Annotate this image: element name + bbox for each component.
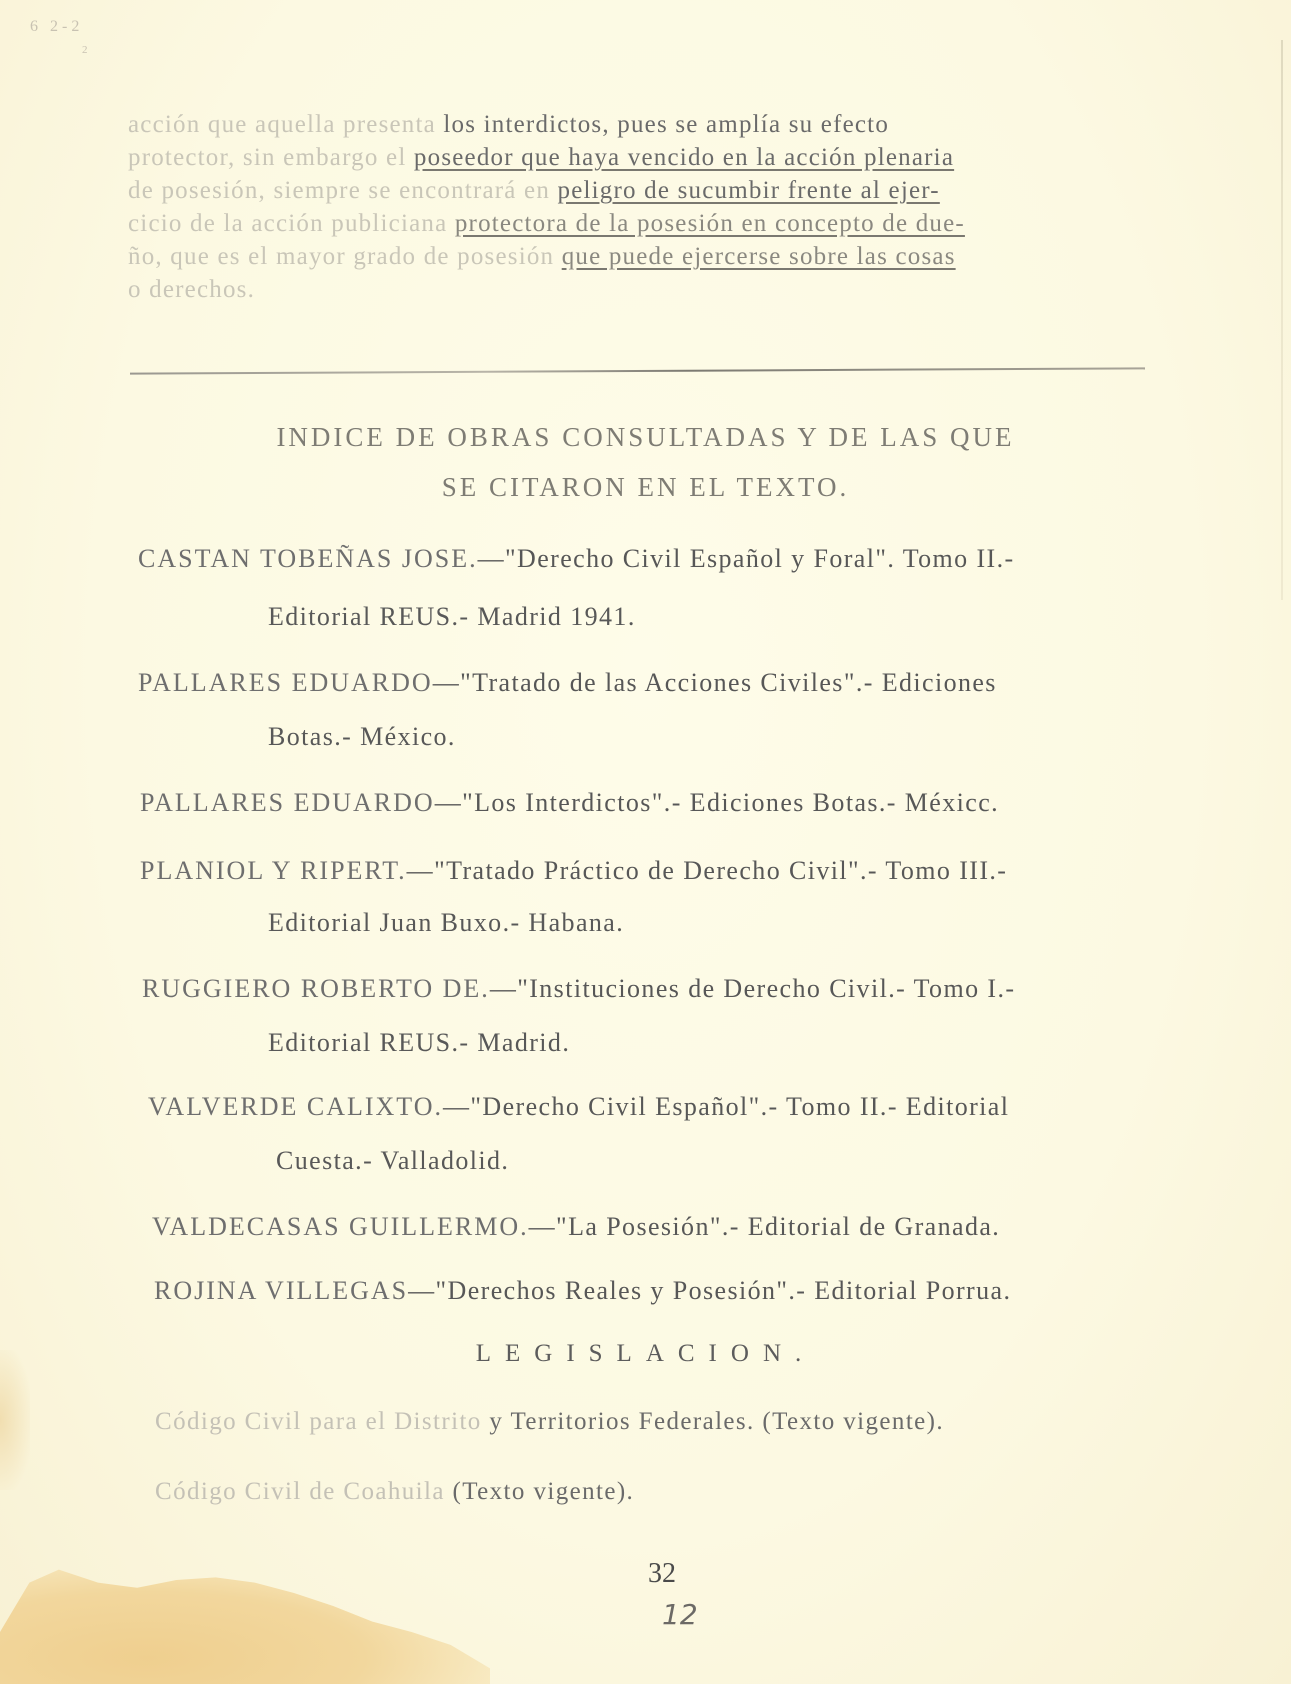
faded-text: protector, sin embargo el <box>128 144 414 171</box>
bibliography-entry-continuation: Botas.- México. <box>268 722 456 752</box>
document-page: 6 2-2 2 acción que aquella presenta los … <box>0 0 1291 1684</box>
legislation-heading: LEGISLACION. <box>0 1340 1291 1368</box>
bibliography-entry: PALLARES EDUARDO—"Los Interdictos".- Edi… <box>140 788 999 818</box>
paragraph-line-1: acción que aquella presenta los interdic… <box>128 108 1148 141</box>
bibliography-entry: PLANIOL Y RIPERT.—"Tratado Práctico de D… <box>140 856 1007 886</box>
entry-author: VALVERDE CALIXTO. <box>148 1092 443 1121</box>
line-text: los interdictos, pues se amplía su efect… <box>436 111 889 138</box>
entry-work: —"La Posesión".- Editorial de Granada. <box>529 1212 1001 1241</box>
paragraph-line-5: ño, que es el mayor grado de posesión qu… <box>128 240 1148 273</box>
bibliography-entry: ROJINA VILLEGAS—"Derechos Reales y Poses… <box>154 1276 1011 1306</box>
line-text: que puede ejercerse sobre las cosas <box>562 243 956 270</box>
entry-author: RUGGIERO ROBERTO DE. <box>142 974 490 1003</box>
faded-text: ño, que es el mayor grado de posesión <box>128 243 562 270</box>
bibliography-entry: RUGGIERO ROBERTO DE.—"Instituciones de D… <box>142 974 1015 1004</box>
entry-work: —"Tratado Práctico de Derecho Civil".- T… <box>407 856 1008 885</box>
bibliography-entry: PALLARES EDUARDO—"Tratado de las Accione… <box>138 668 997 698</box>
page-edge-shadow <box>1281 40 1283 600</box>
paragraph-line-6: o derechos. <box>128 273 1148 306</box>
index-heading-line-2: SE CITARON EN EL TEXTO. <box>0 472 1291 503</box>
legislation-item: Código Civil para el Distrito y Territor… <box>155 1408 944 1436</box>
bibliography-entry: VALDECASAS GUILLERMO.—"La Posesión".- Ed… <box>152 1212 1000 1242</box>
paper-stain-left <box>0 1350 30 1490</box>
entry-work: —"Instituciones de Derecho Civil.- Tomo … <box>490 974 1016 1003</box>
entry-work: —"Los Interdictos".- Ediciones Botas.- M… <box>435 788 999 817</box>
entry-author: CASTAN TOBEÑAS JOSE. <box>138 544 478 573</box>
page-number: 32 <box>648 1558 676 1590</box>
faded-text: o derechos. <box>128 276 255 303</box>
entry-author: ROJINA VILLEGAS <box>154 1276 408 1305</box>
section-divider <box>130 367 1145 374</box>
entry-author: PLANIOL Y RIPERT. <box>140 856 407 885</box>
legislation-item-text: (Texto vigente). <box>453 1478 635 1505</box>
legislation-item-text: y Territorios Federales. (Texto vigente)… <box>489 1408 944 1435</box>
bibliography-entry: CASTAN TOBEÑAS JOSE.—"Derecho Civil Espa… <box>138 544 1015 574</box>
legislation-item: Código Civil de Coahuila (Texto vigente)… <box>155 1478 634 1506</box>
faded-text: Código Civil de Coahuila <box>155 1478 453 1505</box>
entry-work: —"Tratado de las Acciones Civiles".- Edi… <box>433 668 997 697</box>
bibliography-entry-continuation: Editorial REUS.- Madrid. <box>268 1028 570 1058</box>
bibliography-entry-continuation: Editorial REUS.- Madrid 1941. <box>268 602 636 632</box>
line-text: peligro de sucumbir frente al ejer- <box>558 177 940 204</box>
paragraph-line-2: protector, sin embargo el poseedor que h… <box>128 141 1148 174</box>
bibliography-entry-continuation: Editorial Juan Buxo.- Habana. <box>268 908 624 938</box>
bibliography-entry-continuation: Cuesta.- Valladolid. <box>276 1146 509 1176</box>
water-stain <box>0 1554 490 1684</box>
corner-pencil-mark-small: 2 <box>82 44 88 56</box>
line-text: poseedor que haya vencido en la acción p… <box>414 144 954 171</box>
faded-text: de posesión, siempre se encontrará en <box>128 177 558 204</box>
handwritten-number: 12 <box>662 1598 698 1631</box>
corner-pencil-mark: 6 2-2 <box>30 18 83 36</box>
index-heading-line-1: INDICE DE OBRAS CONSULTADAS Y DE LAS QUE <box>0 422 1291 453</box>
entry-work: —"Derecho Civil Español y Foral". Tomo I… <box>478 544 1015 573</box>
bibliography-entry: VALVERDE CALIXTO.—"Derecho Civil Español… <box>148 1092 1009 1122</box>
entry-work: —"Derecho Civil Español".- Tomo II.- Edi… <box>443 1092 1009 1121</box>
entry-author: PALLARES EDUARDO <box>138 668 433 697</box>
faded-text: Código Civil para el Distrito <box>155 1408 489 1435</box>
faded-text: cicio de la acción publiciana <box>128 210 455 237</box>
entry-work: —"Derechos Reales y Posesión".- Editoria… <box>408 1276 1011 1305</box>
paragraph-line-4: cicio de la acción publiciana protectora… <box>128 207 1148 240</box>
paragraph-line-3: de posesión, siempre se encontrará en pe… <box>128 174 1148 207</box>
faded-text: acción que aquella presenta <box>128 111 436 138</box>
entry-author: PALLARES EDUARDO <box>140 788 435 817</box>
entry-author: VALDECASAS GUILLERMO. <box>152 1212 529 1241</box>
line-text: protectora de la posesión en concepto de… <box>455 210 965 237</box>
